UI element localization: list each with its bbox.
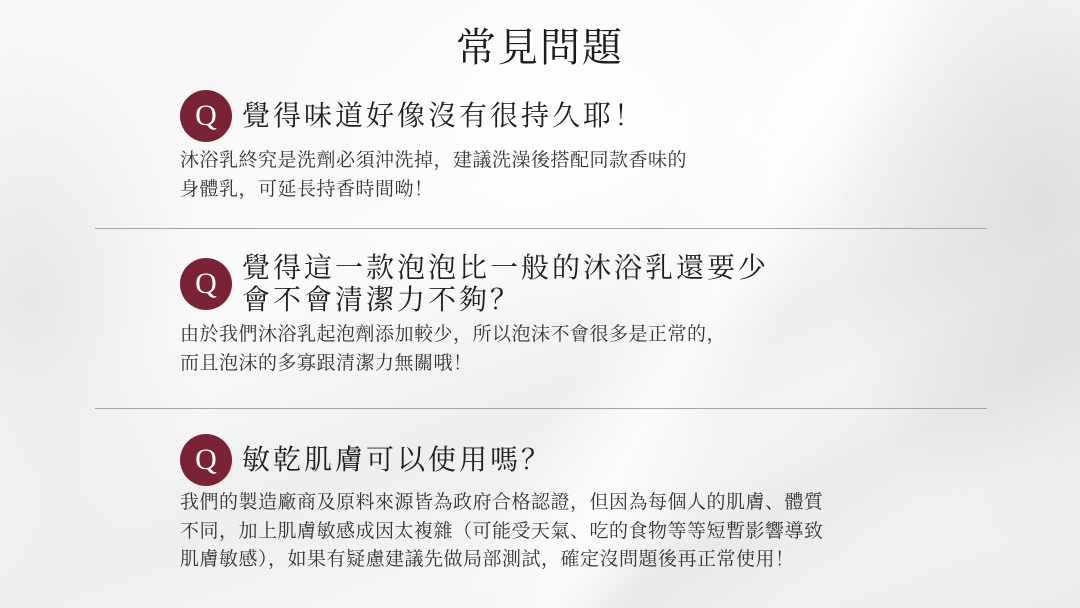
faq-item-2: Q 覺得這一款泡泡比一般的沐浴乳還要少 會不會清潔力不夠？ 由於我們沐浴乳起泡劑…: [180, 252, 769, 377]
faq-question-row: Q 覺得這一款泡泡比一般的沐浴乳還要少 會不會清潔力不夠？: [180, 252, 769, 316]
faq-question: 敏乾肌膚可以使用嗎？: [242, 444, 552, 476]
q-badge-icon: Q: [180, 258, 232, 310]
faq-question-line: 覺得味道好像沒有很持久耶！: [242, 100, 645, 132]
divider: [95, 408, 987, 409]
faq-answer-line: 沐浴乳終究是洗劑必須沖洗掉，建議洗澡後搭配同款香味的: [180, 146, 687, 175]
faq-answer-line: 而且泡沫的多寡跟清潔力無關哦！: [180, 349, 769, 378]
faq-answer-line: 肌膚敏感），如果有疑慮建議先做局部測試，確定沒問題後再正常使用！: [180, 545, 824, 574]
faq-answer: 沐浴乳終究是洗劑必須沖洗掉，建議洗澡後搭配同款香味的 身體乳，可延長持香時間呦！: [180, 146, 687, 203]
faq-item-1: Q 覺得味道好像沒有很持久耶！ 沐浴乳終究是洗劑必須沖洗掉，建議洗澡後搭配同款香…: [180, 90, 687, 203]
faq-question-line: 敏乾肌膚可以使用嗎？: [242, 444, 552, 476]
faq-item-3: Q 敏乾肌膚可以使用嗎？ 我們的製造廠商及原料來源皆為政府合格認證，但因為每個人…: [180, 434, 824, 574]
faq-answer: 我們的製造廠商及原料來源皆為政府合格認證，但因為每個人的肌膚、體質 不同，加上肌…: [180, 488, 824, 574]
q-badge-icon: Q: [180, 434, 232, 486]
faq-question-line: 會不會清潔力不夠？: [242, 284, 769, 316]
faq-answer: 由於我們沐浴乳起泡劑添加較少，所以泡沫不會很多是正常的， 而且泡沫的多寡跟清潔力…: [180, 320, 769, 377]
page-title: 常見問題: [0, 22, 1080, 74]
faq-question: 覺得這一款泡泡比一般的沐浴乳還要少 會不會清潔力不夠？: [242, 252, 769, 316]
faq-answer-line: 我們的製造廠商及原料來源皆為政府合格認證，但因為每個人的肌膚、體質: [180, 488, 824, 517]
faq-question-row: Q 敏乾肌膚可以使用嗎？: [180, 434, 824, 486]
faq-answer-line: 不同，加上肌膚敏感成因太複雜（可能受天氣、吃的食物等等短暫影響導致: [180, 517, 824, 546]
q-badge-icon: Q: [180, 90, 232, 142]
faq-question-row: Q 覺得味道好像沒有很持久耶！: [180, 90, 687, 142]
faq-answer-line: 身體乳，可延長持香時間呦！: [180, 175, 687, 204]
divider: [95, 228, 987, 229]
faq-answer-line: 由於我們沐浴乳起泡劑添加較少，所以泡沫不會很多是正常的，: [180, 320, 769, 349]
faq-question-line: 覺得這一款泡泡比一般的沐浴乳還要少: [242, 252, 769, 284]
faq-question: 覺得味道好像沒有很持久耶！: [242, 100, 645, 132]
